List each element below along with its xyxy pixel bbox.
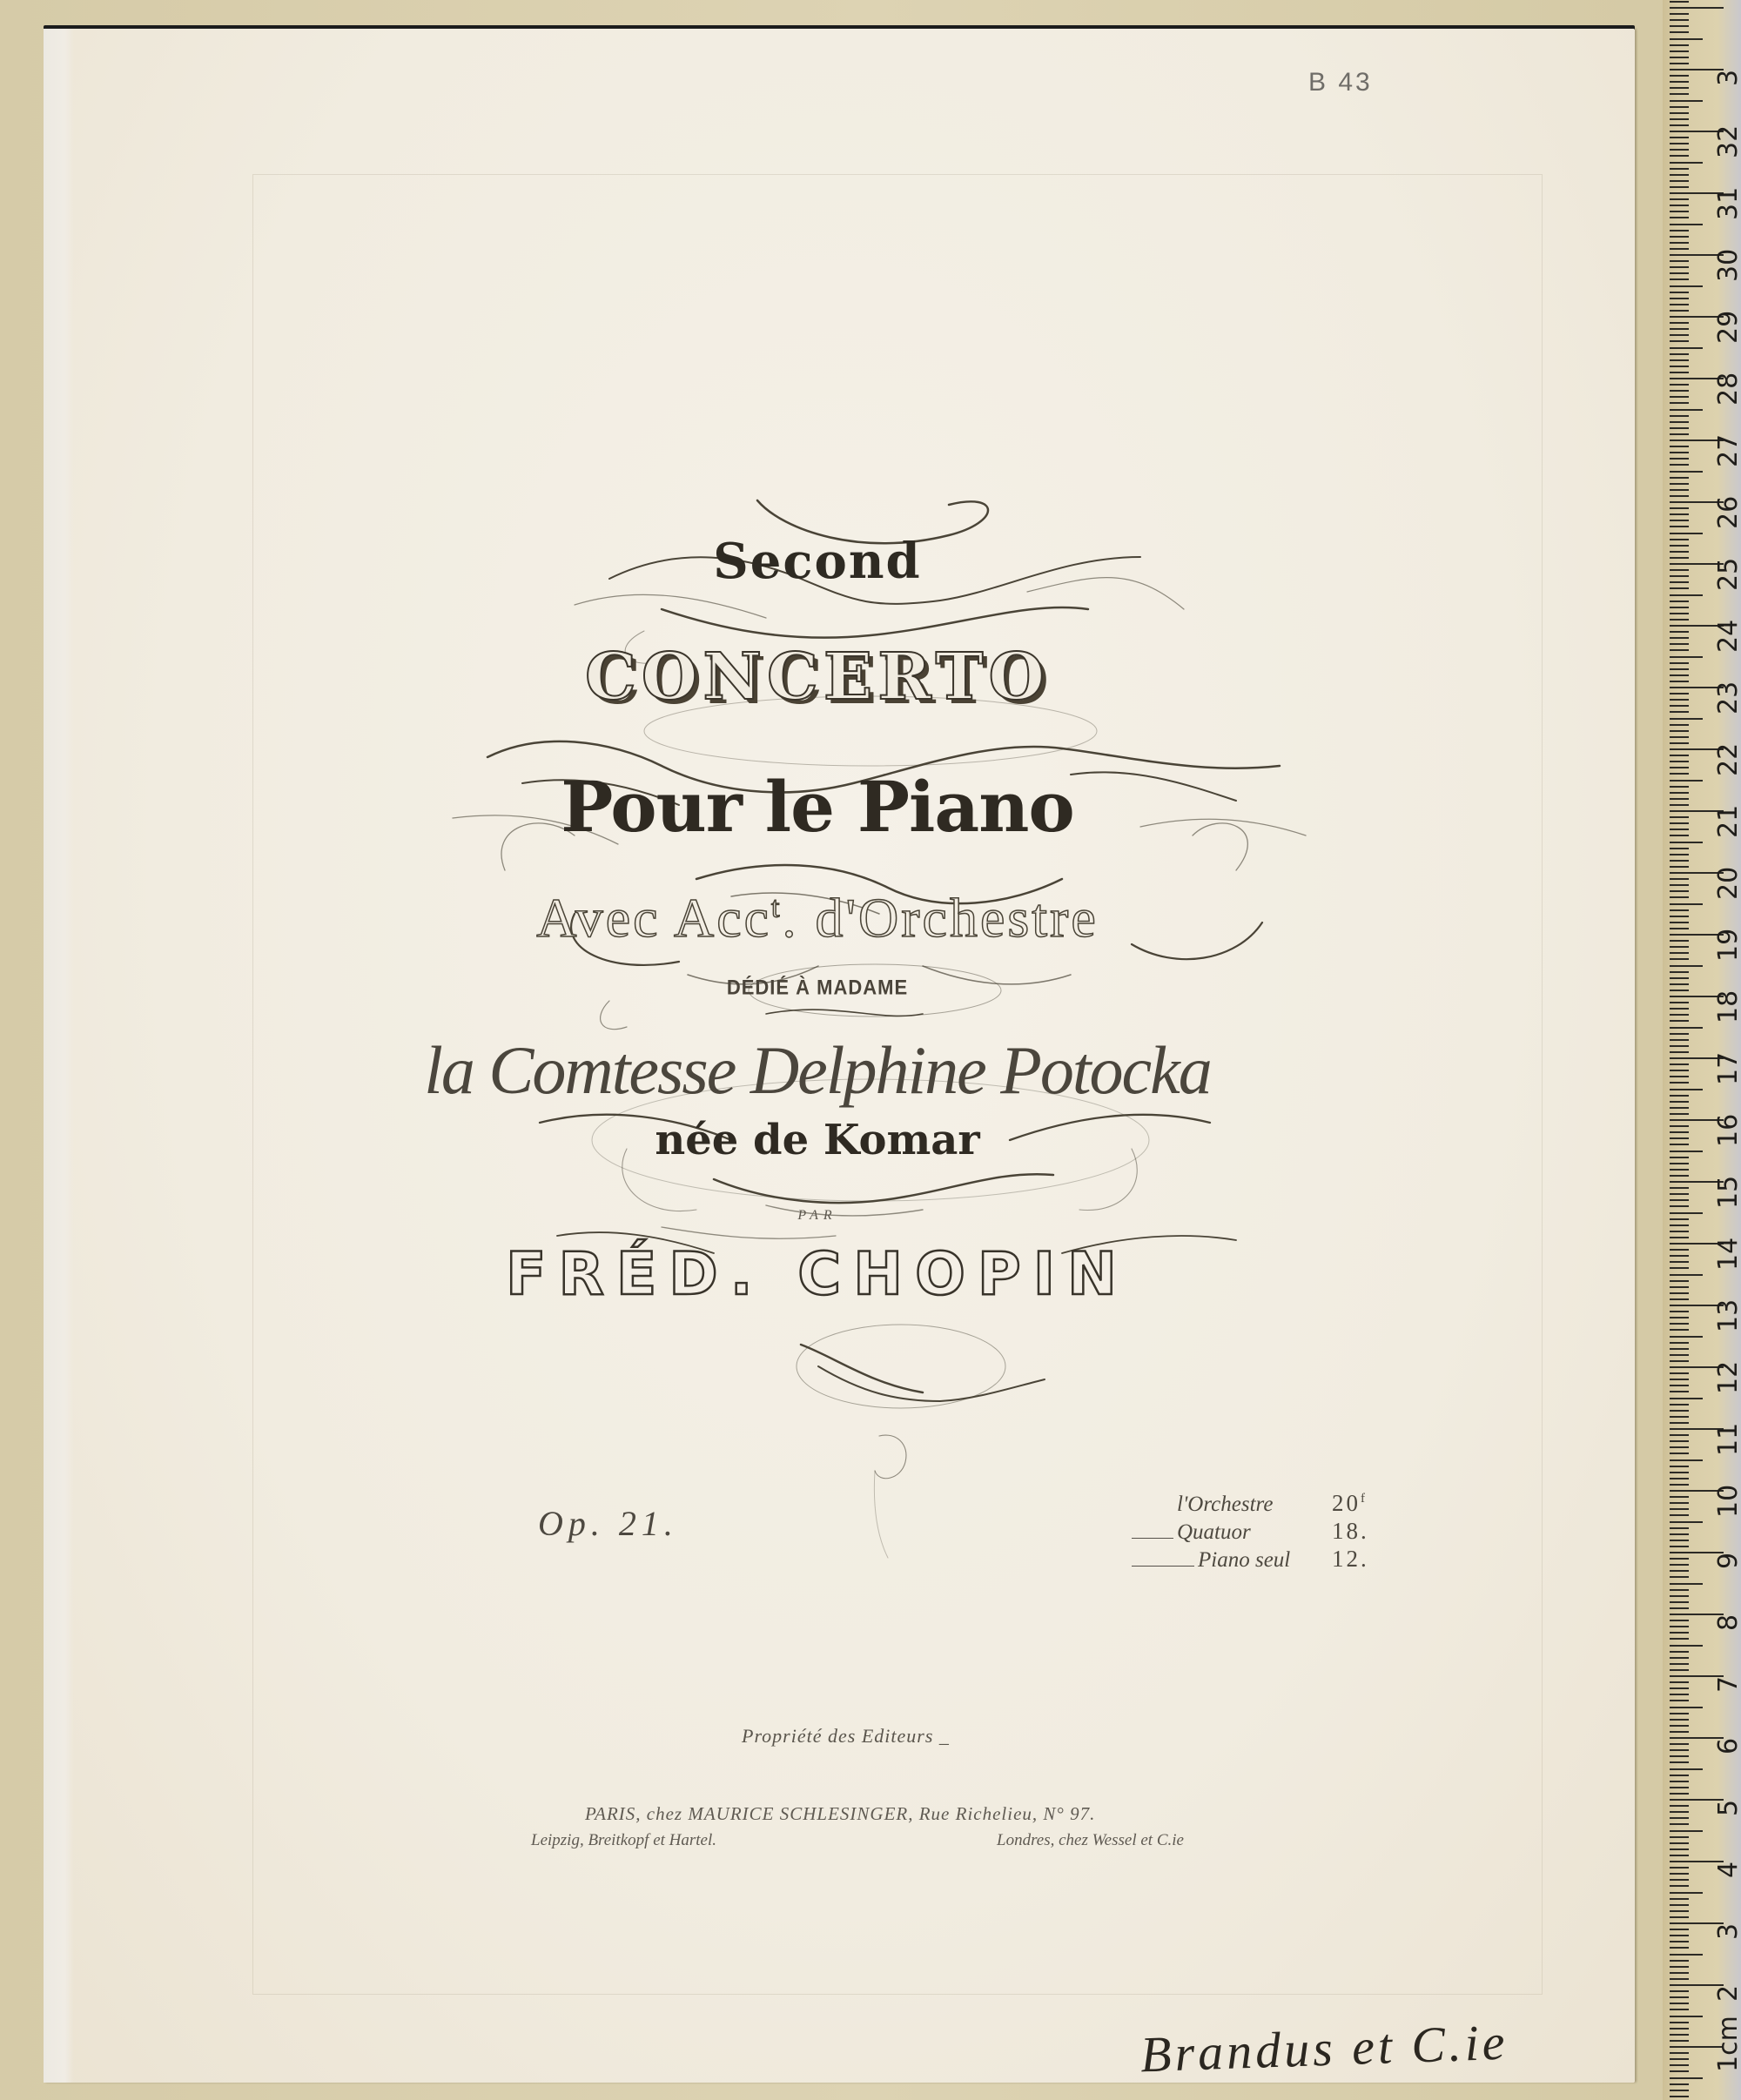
- ruler-tick: [1670, 248, 1689, 250]
- ruler-tick: [1670, 1231, 1689, 1232]
- ruler-tick: [1670, 1478, 1689, 1479]
- price-label: Quatuor: [1177, 1520, 1332, 1545]
- dedication-intro: DÉDIÉ À MADAME: [0, 976, 1635, 1001]
- ruler-tick: [1670, 649, 1689, 651]
- ruler-tick: [1670, 236, 1689, 238]
- ruler-tick: [1670, 272, 1689, 274]
- ruler-tick: [1670, 786, 1689, 788]
- ruler-tick: [1670, 1935, 1689, 1936]
- ruler-tick: [1670, 1089, 1703, 1090]
- ruler-tick: [1670, 1082, 1689, 1084]
- ruler-tick: [1670, 328, 1689, 330]
- ruler-tick: [1670, 390, 1689, 392]
- ruler-tick: [1670, 896, 1689, 898]
- ruler-tick: [1670, 1527, 1689, 1529]
- ruler-tick: [1670, 421, 1689, 423]
- ruler-tick: [1670, 637, 1689, 639]
- ruler-tick: [1670, 1583, 1703, 1585]
- ruler-tick: [1670, 1620, 1689, 1621]
- title-second: Second: [0, 533, 1635, 590]
- ruler-tick: [1670, 1410, 1689, 1412]
- ruler-tick: [1670, 1131, 1689, 1133]
- ruler-tick: [1670, 1570, 1689, 1572]
- ruler-tick: [1670, 1775, 1689, 1776]
- ruler-tick: [1670, 1910, 1689, 1912]
- ruler-label: 10: [1713, 1485, 1741, 1518]
- ruler-tick: [1670, 1638, 1689, 1640]
- ruler-tick: [1670, 1873, 1689, 1875]
- ruler-tick: [1670, 402, 1689, 404]
- ruler-tick: [1670, 860, 1689, 862]
- ruler-tick: [1670, 50, 1689, 52]
- ruler-tick: [1670, 266, 1689, 268]
- ruler-tick: [1670, 1459, 1703, 1461]
- ruler-tick: [1670, 1663, 1689, 1665]
- ruler-tick: [1670, 1823, 1689, 1825]
- ruler-tick: [1670, 242, 1689, 244]
- ruler-tick: [1670, 581, 1689, 583]
- ruler-tick: [1670, 1947, 1689, 1949]
- price-row-quatuor: Quatuor 18.: [1132, 1518, 1393, 1546]
- ruler-tick: [1670, 1546, 1689, 1547]
- ruler-tick: [1670, 2090, 1689, 2091]
- ruler-tick: [1670, 1391, 1689, 1392]
- ruler-tick: [1670, 1336, 1703, 1338]
- ruler-tick: [1670, 1867, 1689, 1869]
- ruler-tick: [1670, 1700, 1689, 1701]
- ruler-tick: [1670, 1398, 1703, 1399]
- ruler-tick: [1670, 396, 1689, 398]
- ruler-tick: [1670, 1137, 1689, 1139]
- ruler-tick: [1670, 600, 1689, 602]
- ruler-tick: [1670, 674, 1689, 676]
- dedicatee-name: la Comtesse Delphine Potocka: [0, 1031, 1635, 1110]
- ruler-tick: [1670, 792, 1689, 794]
- dedicatee-maiden-name: née de Komar: [0, 1116, 1635, 1164]
- ruler-tick: [1670, 539, 1689, 540]
- ruler-tick: [1670, 1199, 1689, 1201]
- ruler-tick: [1670, 1311, 1689, 1312]
- ruler-tick: [1670, 1051, 1689, 1053]
- ruler-tick: [1670, 2070, 1689, 2072]
- ruler-tick: [1670, 1972, 1689, 1974]
- ruler-tick: [1670, 1496, 1689, 1498]
- ruler-tick: [1670, 724, 1689, 726]
- ruler-tick: [1670, 742, 1689, 744]
- ruler-tick: [1670, 1626, 1689, 1627]
- ruler-tick: [1670, 149, 1689, 151]
- ruler-label: 13: [1713, 1299, 1741, 1332]
- ruler-tick: [1670, 1632, 1689, 1634]
- ruler-tick: [1670, 866, 1689, 868]
- ruler-tick: [1670, 1286, 1689, 1288]
- ruler-tick: [1670, 1502, 1689, 1504]
- ruler-label: 5: [1713, 1800, 1741, 1816]
- ruler-tick: [1670, 446, 1689, 447]
- ruler-tick: [1670, 1879, 1689, 1881]
- ruler-tick: [1670, 1651, 1689, 1653]
- ruler-tick: [1670, 1404, 1689, 1406]
- ruler-tick: [1670, 1014, 1689, 1016]
- ruler-label: 31: [1713, 187, 1741, 220]
- ruler-tick: [1670, 340, 1689, 342]
- ruler-label: 8: [1713, 1614, 1741, 1631]
- ruler-tick: [1670, 1719, 1689, 1721]
- imprint-leipzig: Leipzig, Breitkopf et Hartel.: [531, 1831, 716, 1850]
- ruler-tick: [1670, 211, 1689, 212]
- avec-acc-superscript: t: [771, 892, 782, 924]
- ruler-tick: [1670, 1063, 1689, 1065]
- ruler-tick: [1670, 1113, 1689, 1115]
- catalog-mark: B 43: [1308, 68, 1373, 97]
- ruler-tick: [1670, 575, 1689, 577]
- ruler-tick: [1670, 1039, 1689, 1041]
- ruler-label: 19: [1713, 929, 1741, 962]
- ruler-tick: [1670, 1768, 1703, 1770]
- ruler-tick: [1670, 835, 1689, 836]
- ruler-tick: [1670, 464, 1689, 466]
- ruler-tick: [1670, 1743, 1689, 1745]
- ruler-tick: [1670, 1342, 1689, 1344]
- price-dash: [1132, 1566, 1194, 1567]
- ruler-tick: [1670, 106, 1689, 108]
- ruler-tick: [1670, 2034, 1689, 2036]
- ruler-tick: [1670, 1360, 1689, 1362]
- ruler-tick: [1670, 87, 1689, 89]
- ruler-tick: [1670, 1033, 1689, 1035]
- ruler-tick: [1670, 1793, 1689, 1795]
- by-label: PAR: [0, 1208, 1635, 1224]
- ruler-tick: [1670, 922, 1689, 923]
- ruler-tick: [1670, 124, 1689, 126]
- ruler-tick: [1670, 1348, 1689, 1350]
- ruler-tick: [1670, 1157, 1689, 1158]
- ruler-tick: [1670, 304, 1689, 305]
- ruler-tick: [1670, 186, 1689, 188]
- ruler-label: 30: [1713, 249, 1741, 282]
- ruler-tick: [1670, 1218, 1689, 1220]
- ruler-tick: [1670, 2058, 1689, 2060]
- ruler-tick: [1670, 366, 1689, 367]
- ruler-tick: [1670, 1836, 1689, 1838]
- ruler-tick: [1670, 1212, 1703, 1214]
- ruler-tick: [1670, 520, 1689, 521]
- ruler-label: 6: [1713, 1738, 1741, 1754]
- ruler-tick: [1670, 662, 1689, 664]
- ruler-label: 3: [1713, 1923, 1741, 1940]
- ruler-tick: [1670, 1416, 1689, 1418]
- ruler-tick: [1670, 168, 1689, 170]
- measurement-ruler: 1cm2345678910111213141516171819202122232…: [1663, 0, 1741, 2100]
- ruler-tick: [1670, 81, 1689, 83]
- ruler-tick: [1670, 1916, 1689, 1918]
- ruler-tick: [1670, 359, 1689, 361]
- ruler-tick: [1670, 1694, 1689, 1695]
- ruler-tick: [1670, 631, 1689, 633]
- ruler-tick: [1670, 829, 1689, 830]
- ruler-tick: [1670, 2022, 1689, 2023]
- ruler-tick: [1670, 118, 1689, 120]
- ruler-tick: [1670, 1008, 1689, 1010]
- ruler-tick: [1670, 31, 1689, 33]
- ruler-tick: [1670, 278, 1689, 280]
- ruler-tick: [1670, 952, 1689, 954]
- ruler-tick: [1670, 427, 1689, 429]
- ruler-tick: [1670, 1725, 1689, 1727]
- ruler-tick: [1670, 903, 1703, 905]
- ruler-label: 22: [1713, 743, 1741, 776]
- ruler-tick: [1670, 594, 1703, 596]
- ruler-tick: [1670, 1595, 1689, 1597]
- ruler-tick: [1670, 711, 1689, 713]
- ruler-tick: [1670, 1323, 1689, 1325]
- ruler-tick: [1670, 1885, 1689, 1887]
- price-unit: f: [1361, 1492, 1368, 1506]
- ruler-tick: [1670, 940, 1689, 942]
- ruler-label: 24: [1713, 620, 1741, 653]
- ruler-tick: [1670, 718, 1703, 720]
- rights-notice: Propriété des Editeurs _: [742, 1725, 950, 1748]
- ruler-tick: [1670, 842, 1703, 843]
- ruler-tick: [1670, 1966, 1689, 1968]
- ruler-tick: [1670, 1002, 1689, 1003]
- ruler-tick: [1670, 798, 1689, 800]
- ruler-tick: [1670, 613, 1689, 614]
- ruler-tick: [1670, 1898, 1689, 1900]
- ruler-tick: [1670, 1163, 1689, 1164]
- ruler-tick: [1670, 1095, 1689, 1097]
- ruler-tick: [1670, 1237, 1689, 1238]
- ruler-tick: [1670, 848, 1689, 849]
- ruler-tick: [1670, 1446, 1689, 1448]
- ruler-tick: [1670, 143, 1689, 144]
- ruler-tick: [1670, 1607, 1689, 1609]
- imprint-paris: PARIS, chez MAURICE SCHLESINGER, Rue Ric…: [585, 1803, 1095, 1825]
- ruler-tick: [1670, 1681, 1689, 1683]
- ruler-tick: [1670, 1292, 1689, 1294]
- ruler-tick: [1670, 730, 1689, 732]
- ruler-tick: [1670, 643, 1689, 645]
- ruler-tick: [1670, 2096, 1689, 2097]
- ruler-tick: [1670, 1144, 1689, 1145]
- ruler-tick: [1670, 260, 1689, 262]
- ruler-tick: [1670, 1125, 1689, 1127]
- ruler-tick: [1670, 174, 1689, 176]
- ruler-tick: [1670, 977, 1689, 979]
- ruler-tick: [1670, 1354, 1689, 1356]
- ruler-tick: [1670, 1453, 1689, 1454]
- title-pour-le-piano: Pour le Piano: [0, 766, 1635, 848]
- ruler-tick: [1670, 224, 1703, 225]
- ruler-tick: [1670, 205, 1689, 206]
- ruler-tick: [1670, 983, 1689, 985]
- ruler-tick: [1670, 1317, 1689, 1318]
- price-value: 18.: [1332, 1518, 1393, 1545]
- price-label: Piano seul: [1198, 1548, 1332, 1573]
- ruler-label: 29: [1713, 311, 1741, 344]
- avec-acc-text: Avec Acc: [536, 887, 771, 949]
- title-avec-accompagnement: Avec Acct. d'Orchestre: [0, 886, 1635, 950]
- ruler-tick: [1670, 761, 1689, 762]
- ruler-tick: [1670, 1484, 1689, 1486]
- ruler-tick: [1670, 409, 1703, 411]
- ruler-tick: [1670, 1707, 1703, 1708]
- ruler-tick: [1670, 1, 1689, 3]
- ruler-tick: [1670, 569, 1689, 571]
- ruler-tick: [1670, 1645, 1703, 1647]
- opus-number: Op. 21.: [538, 1503, 678, 1544]
- ruler-tick: [1670, 1151, 1703, 1152]
- ruler-tick: [1670, 1020, 1689, 1022]
- ruler-label: 17: [1713, 1052, 1741, 1085]
- ruler-tick: [1670, 1978, 1689, 1980]
- ruler-tick: [1670, 755, 1689, 756]
- price-value: 20f: [1332, 1490, 1393, 1517]
- ruler-tick: [1670, 668, 1689, 670]
- ruler-tick: [1670, 458, 1689, 460]
- ruler-tick: [1670, 1811, 1689, 1813]
- ruler-tick: [1670, 699, 1689, 701]
- ruler-tick: [1670, 180, 1689, 182]
- ruler-tick: [1670, 334, 1689, 336]
- ruler-tick: [1670, 298, 1689, 299]
- ruler-tick: [1670, 909, 1689, 911]
- ruler-tick: [1670, 1848, 1689, 1850]
- ruler-tick: [1670, 2009, 1689, 2010]
- ruler-tick: [1670, 513, 1689, 515]
- ruler-tick: [1670, 1101, 1689, 1103]
- ruler-tick: [1670, 1817, 1689, 1819]
- composer-name: FRÉD. CHOPIN: [0, 1240, 1635, 1309]
- ruler-label: 3: [1713, 70, 1741, 86]
- ruler-tick: [1670, 2003, 1689, 2004]
- ruler-tick: [1670, 1508, 1689, 1510]
- ruler-label: 2: [1713, 1985, 1741, 2002]
- ruler-tick: [1670, 100, 1703, 102]
- ruler-tick: [1670, 1514, 1689, 1516]
- ruler-tick: [1670, 1749, 1689, 1751]
- ruler-tick: [1670, 965, 1703, 967]
- ruler-tick: [1670, 767, 1689, 768]
- ruler-tick: [1670, 285, 1703, 287]
- ruler-tick: [1670, 1805, 1689, 1807]
- ruler-label: 26: [1713, 496, 1741, 529]
- ruler-tick: [1670, 433, 1689, 435]
- ruler-tick: [1670, 353, 1689, 355]
- ruler-label: 11: [1713, 1423, 1741, 1456]
- ruler-tick: [1670, 971, 1689, 973]
- ruler-tick: [1670, 780, 1703, 782]
- ruler-tick: [1670, 1193, 1689, 1195]
- price-row-orchestre: l'Orchestre 20f: [1132, 1490, 1393, 1518]
- ruler-tick: [1670, 489, 1689, 491]
- ruler-tick: [1670, 587, 1689, 589]
- ruler-tick: [1670, 1280, 1689, 1282]
- ruler-tick: [1670, 1255, 1689, 1257]
- ruler-tick: [1670, 137, 1689, 138]
- ruler-tick: [1670, 656, 1703, 658]
- ruler-label: 7: [1713, 1676, 1741, 1693]
- ruler-tick: [1670, 1589, 1689, 1591]
- ruler-tick: [1670, 773, 1689, 775]
- ruler-tick: [1670, 1224, 1689, 1226]
- ruler-tick: [1670, 1298, 1689, 1300]
- ruler-label: 12: [1713, 1361, 1741, 1394]
- ruler-tick: [1670, 217, 1689, 218]
- ruler-tick: [1670, 1540, 1689, 1541]
- ruler-tick: [1670, 310, 1689, 312]
- ruler-label: 15: [1713, 1176, 1741, 1209]
- ruler-tick: [1670, 2083, 1689, 2085]
- price-value: 12.: [1332, 1546, 1393, 1573]
- ruler-tick: [1670, 1076, 1689, 1077]
- ruler-tick: [1670, 607, 1689, 608]
- ruler-tick: [1670, 2064, 1689, 2066]
- ruler-tick: [1670, 526, 1689, 527]
- price-amount: 20: [1332, 1490, 1361, 1516]
- ruler-label: 27: [1713, 434, 1741, 467]
- ruler-tick: [1670, 1440, 1689, 1442]
- ruler-tick: [1670, 1669, 1689, 1671]
- ruler-tick: [1670, 452, 1689, 453]
- ruler-tick: [1670, 958, 1689, 960]
- ruler-tick: [1670, 854, 1689, 855]
- ruler-tick: [1670, 372, 1689, 373]
- ruler-tick: [1670, 415, 1689, 417]
- ruler-tick: [1670, 1329, 1689, 1331]
- ruler-tick: [1670, 1379, 1689, 1380]
- ruler-tick: [1670, 2077, 1703, 2079]
- ruler-tick: [1670, 1830, 1703, 1832]
- ruler-tick: [1670, 1904, 1689, 1906]
- ruler-tick: [1670, 384, 1689, 386]
- ruler-tick: [1670, 545, 1689, 547]
- ruler-tick: [1670, 1601, 1689, 1603]
- ruler-tick: [1670, 1996, 1689, 1998]
- price-row-piano-seul: Piano seul 12.: [1132, 1546, 1393, 1573]
- ruler-label: 18: [1713, 990, 1741, 1023]
- ruler-tick: [1670, 804, 1689, 806]
- ruler-tick: [1670, 916, 1689, 917]
- ruler-tick: [1670, 162, 1703, 164]
- ruler-tick: [1670, 483, 1689, 485]
- ruler-tick: [1670, 1472, 1689, 1473]
- ruler-tick: [1670, 1261, 1689, 1263]
- ruler-tick: [1670, 1657, 1689, 1659]
- ruler-label: 14: [1713, 1238, 1741, 1271]
- ruler-tick: [1670, 230, 1689, 231]
- ruler-tick: [1670, 1687, 1689, 1689]
- ruler-tick: [1670, 63, 1689, 64]
- ruler-tick: [1670, 557, 1689, 559]
- ruler-tick: [1670, 57, 1689, 58]
- ruler-tick: [1670, 495, 1689, 497]
- ruler-tick: [1670, 1855, 1689, 1856]
- ruler-tick: [1670, 75, 1689, 77]
- ruler-tick: [1670, 347, 1703, 349]
- ruler-tick: [1670, 477, 1689, 479]
- title-concerto: CONCERTO: [0, 640, 1635, 715]
- ruler-tick: [1670, 619, 1689, 621]
- ruler-tick: [1670, 1941, 1689, 1942]
- ruler-tick: [1670, 1175, 1689, 1177]
- ruler-tick: [1670, 1422, 1689, 1424]
- ruler-label: 21: [1713, 805, 1741, 838]
- ruler-tick: [1670, 884, 1689, 886]
- ruler-tick: [1670, 93, 1689, 95]
- ruler-tick: [1670, 890, 1689, 892]
- ruler-tick: [1670, 322, 1689, 324]
